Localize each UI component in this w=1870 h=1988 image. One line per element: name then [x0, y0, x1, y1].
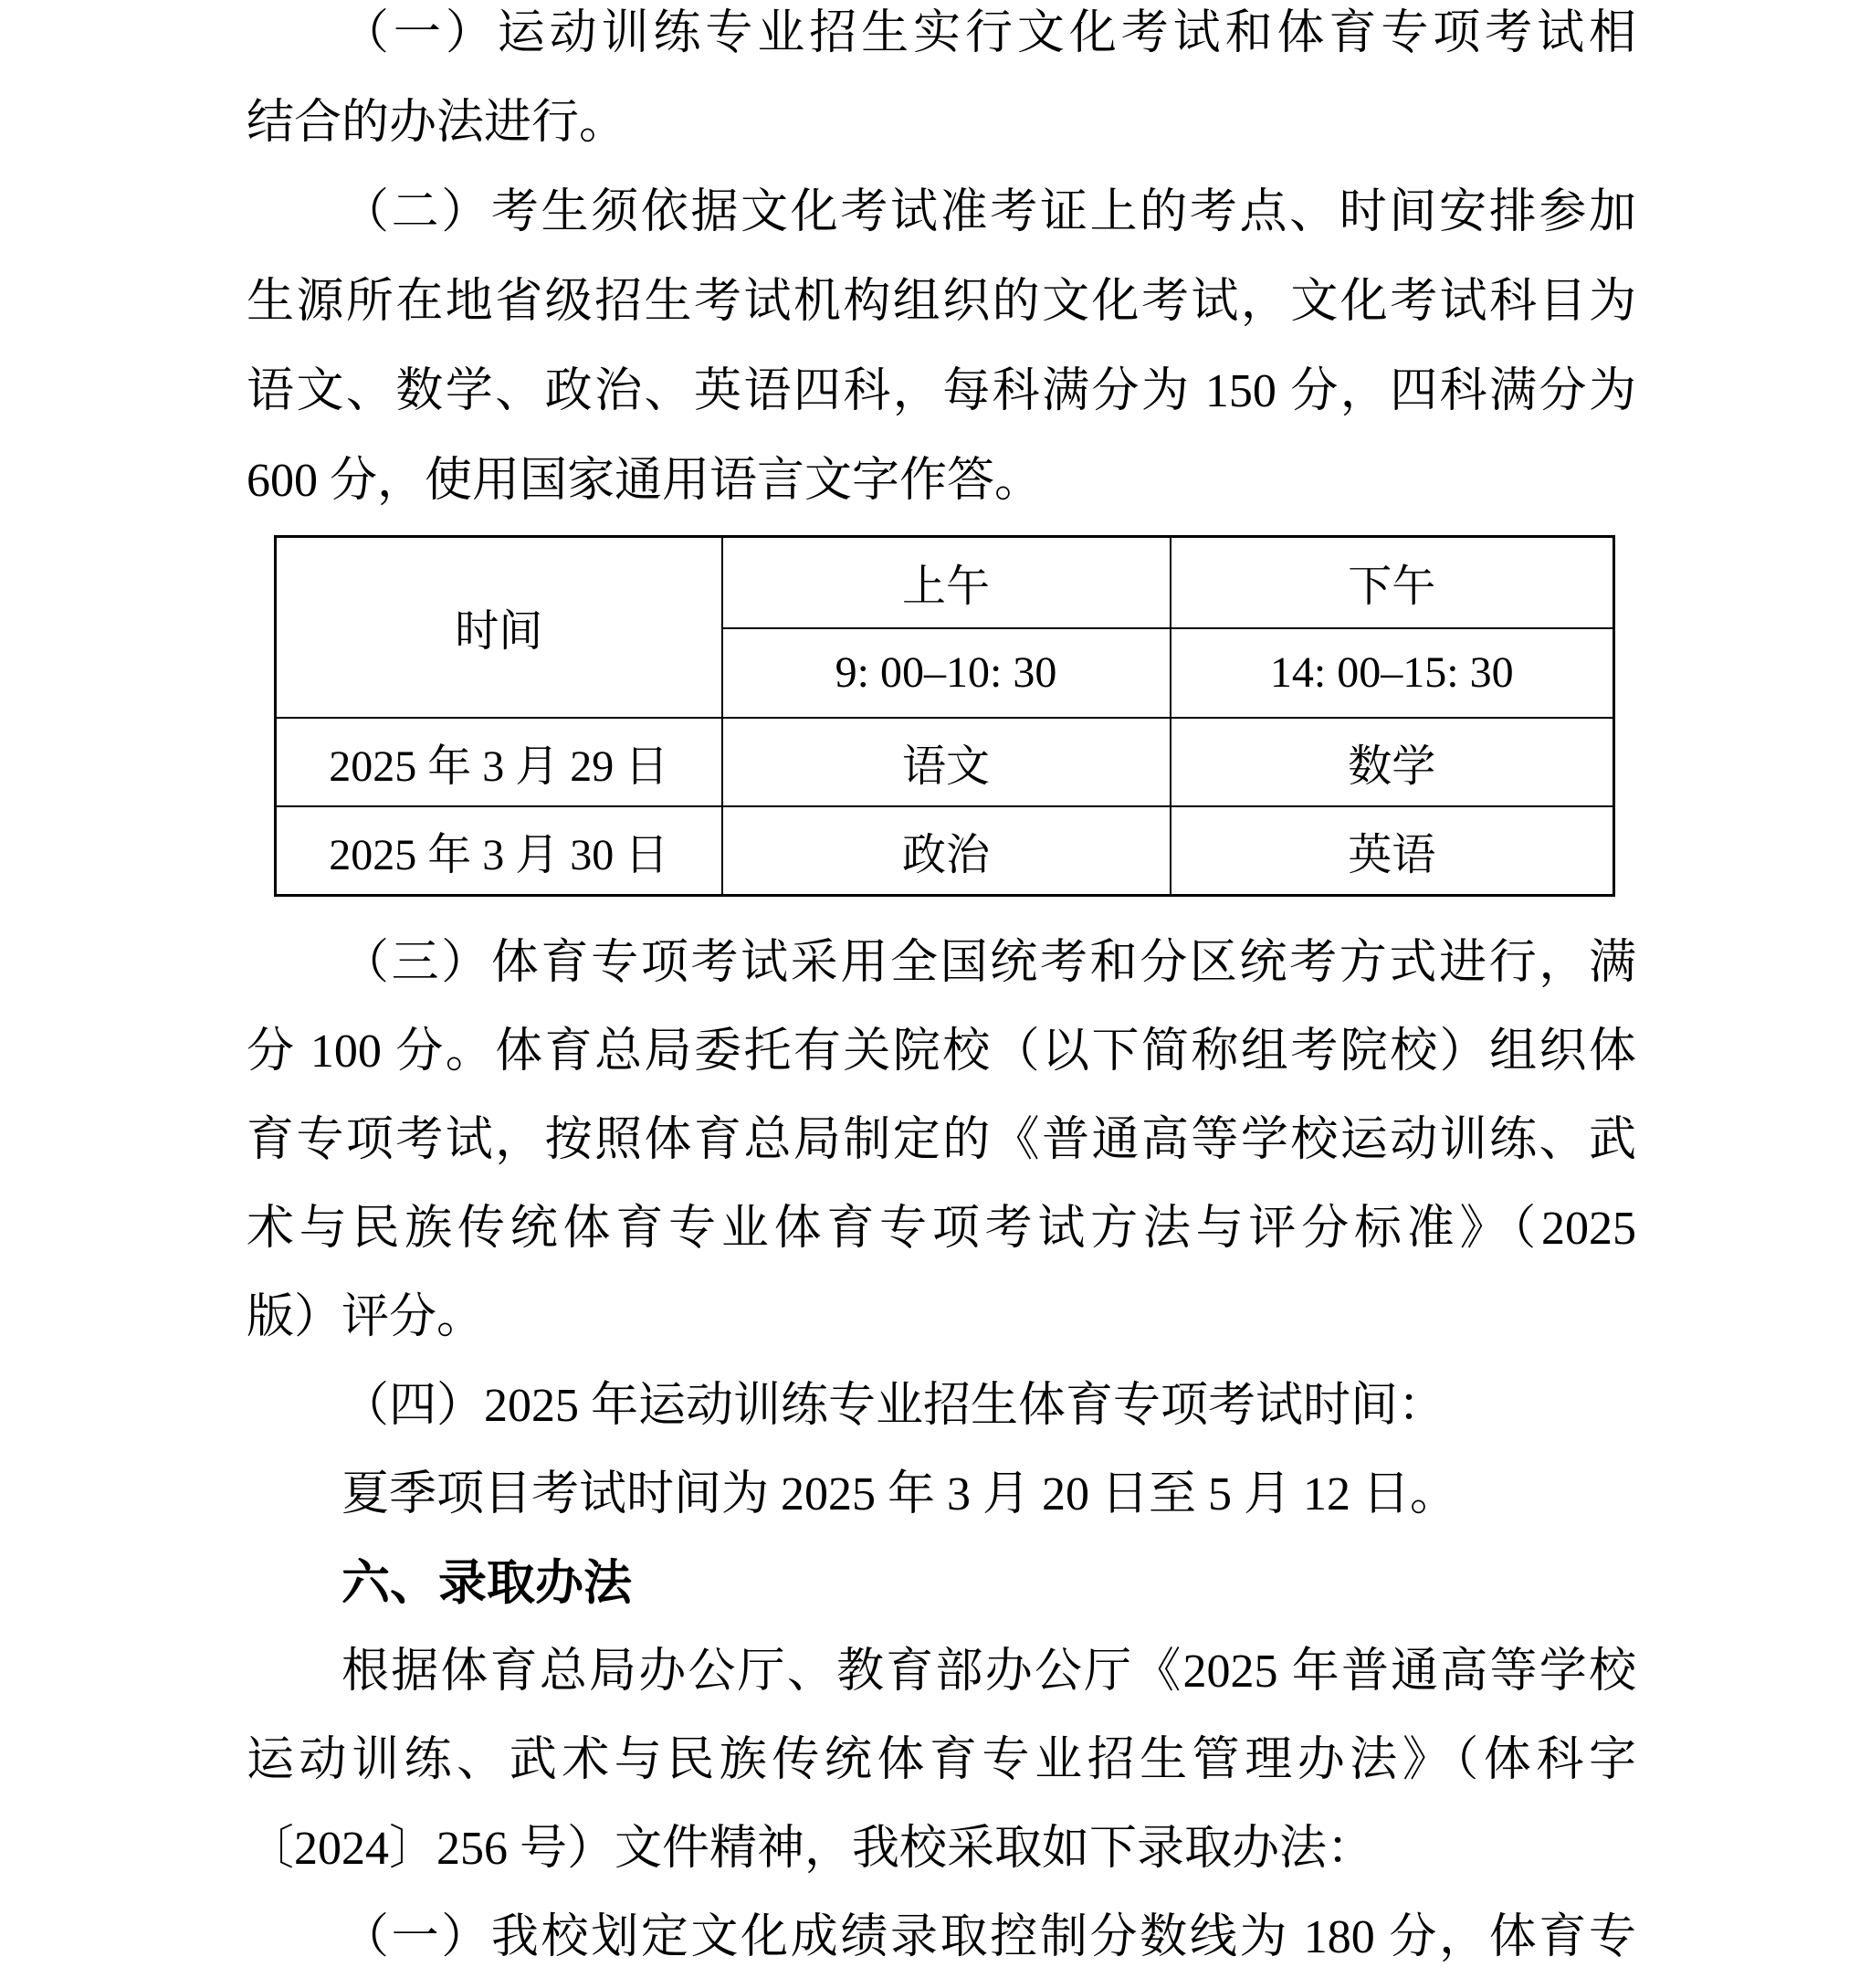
- para-line: 根据体育总局办公厅、教育部办公厅《2025 年普通高等学校: [247, 1627, 1636, 1716]
- paragraph-block-top: （一）运动训练专业招生实行文化考试和体育专项考试相 结合的办法进行。 （二）考生…: [247, 0, 1636, 526]
- para-line: 育专项考试，按照体育总局制定的《普通高等学校运动训练、武: [247, 1096, 1636, 1184]
- para-line: 生源所在地省级招生考试机构组织的文化考试，文化考试科目为: [247, 258, 1636, 347]
- cell-subject-morning-2: 政治: [722, 806, 1171, 896]
- cell-subject-morning-1: 语文: [722, 718, 1171, 806]
- para-line: （一）运动训练专业招生实行文化考试和体育专项考试相: [247, 0, 1636, 79]
- cell-subject-afternoon-2: 英语: [1171, 806, 1614, 896]
- para-line: （四）2025 年运动训练专业招生体育专项考试时间：: [247, 1362, 1636, 1450]
- cell-subject-afternoon-1: 数学: [1171, 718, 1614, 806]
- para-line: 运动训练、武术与民族传统体育专业招生管理办法》（体科字: [247, 1716, 1636, 1804]
- section-heading-admission-methods: 六、录取办法: [247, 1539, 1636, 1627]
- para-line: 分 100 分。体育总局委托有关院校（以下简称组考院校）组织体: [247, 1007, 1636, 1096]
- cell-date-1: 2025 年 3 月 29 日: [276, 718, 722, 806]
- document-page: （一）运动训练专业招生实行文化考试和体育专项考试相 结合的办法进行。 （二）考生…: [0, 0, 1870, 1988]
- para-line: 600 分，使用国家通用语言文字作答。: [247, 437, 1636, 526]
- cell-afternoon-header: 下午: [1171, 537, 1614, 628]
- para-line: （二）考生须依据文化考试准考证上的考点、时间安排参加: [247, 168, 1636, 258]
- cell-afternoon-time: 14: 00–15: 30: [1171, 628, 1614, 718]
- paragraph-block-bottom: （三）体育专项考试采用全国统考和分区统考方式进行，满 分 100 分。体育总局委…: [247, 919, 1636, 1982]
- para-line: 版）评分。: [247, 1273, 1636, 1362]
- para-line: 结合的办法进行。: [247, 79, 1636, 168]
- cell-morning-time: 9: 00–10: 30: [722, 628, 1171, 718]
- exam-schedule-table: 时间 上午 下午 9: 00–10: 30 14: 00–15: 30 2025…: [274, 535, 1615, 897]
- para-line: （一）我校划定文化成绩录取控制分数线为 180 分，体育专: [247, 1893, 1636, 1982]
- para-line: （三）体育专项考试采用全国统考和分区统考方式进行，满: [247, 919, 1636, 1007]
- para-line: 夏季项目考试时间为 2025 年 3 月 20 日至 5 月 12 日。: [247, 1450, 1636, 1539]
- cell-time-label: 时间: [276, 537, 722, 718]
- para-line: 术与民族传统体育专业体育专项考试方法与评分标准》（2025: [247, 1184, 1636, 1273]
- para-line: 语文、数学、政治、英语四科，每科满分为 150 分，四科满分为: [247, 347, 1636, 437]
- para-line: 〔2024〕256 号）文件精神，我校采取如下录取办法：: [247, 1804, 1636, 1893]
- cell-morning-header: 上午: [722, 537, 1171, 628]
- cell-date-2: 2025 年 3 月 30 日: [276, 806, 722, 896]
